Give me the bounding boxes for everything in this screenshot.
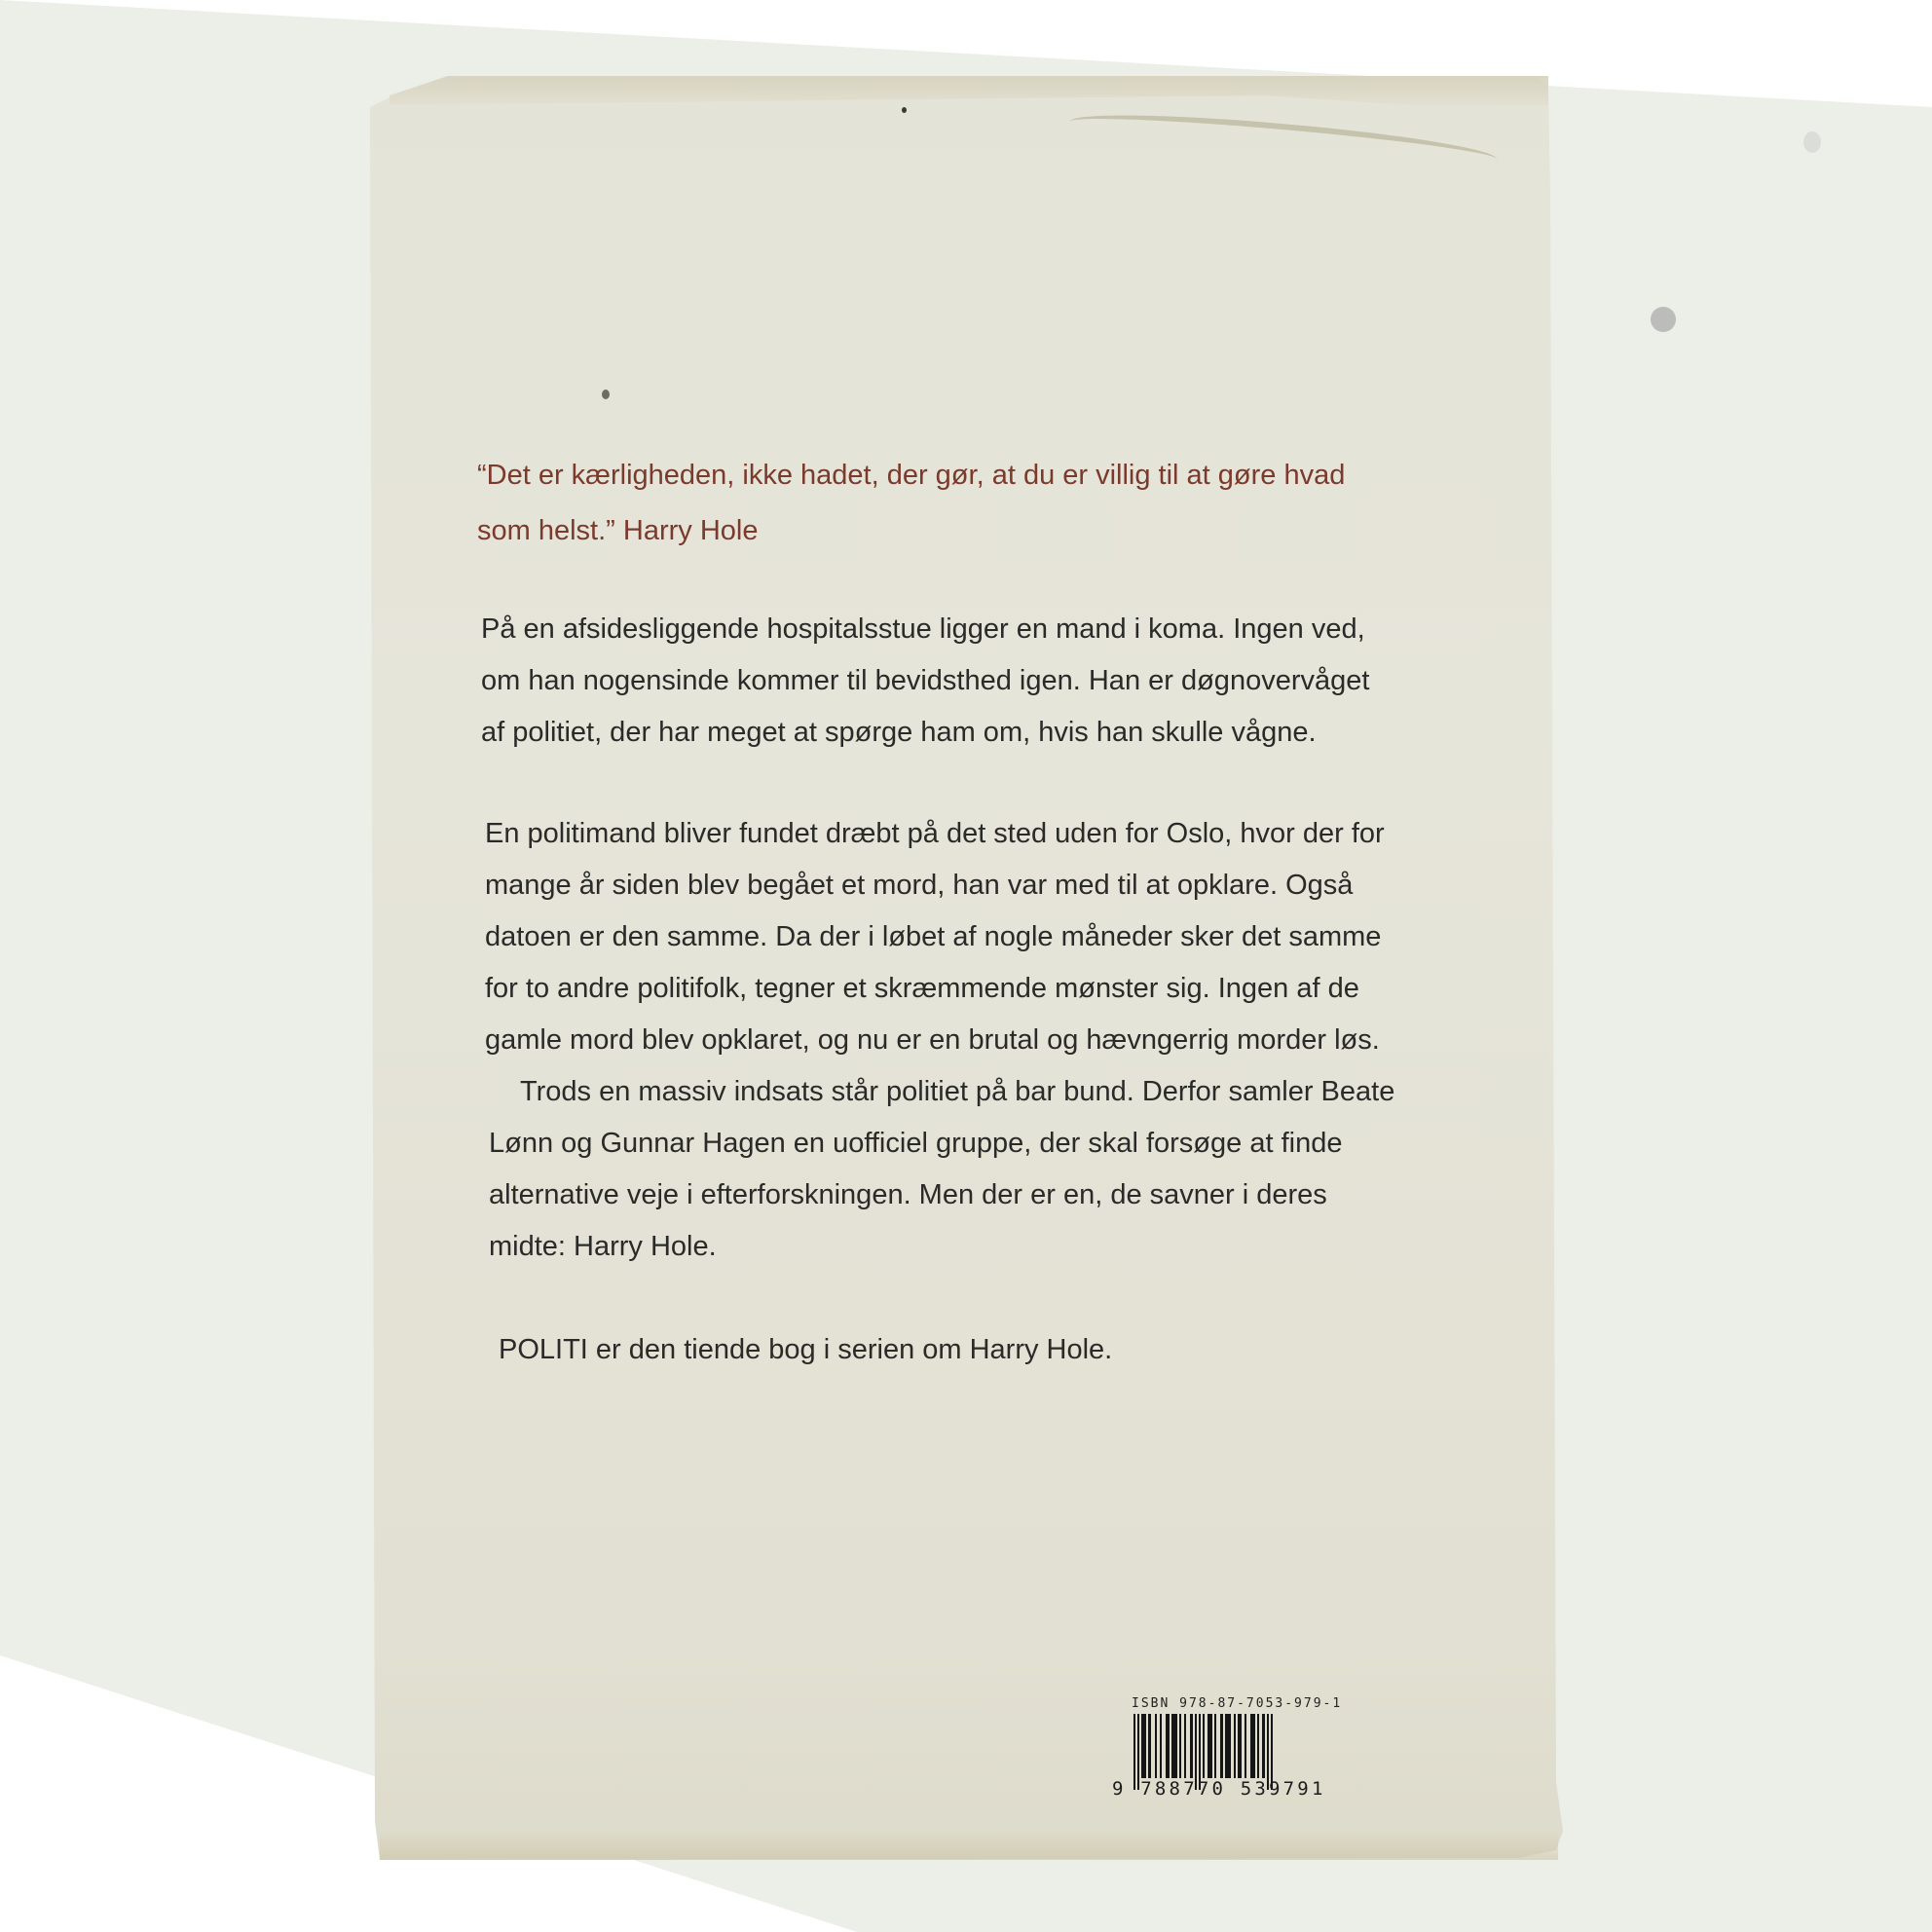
blurb-line: for to andre politifolk, tegner et skræm… <box>485 963 1459 1015</box>
blurb-paragraph-2: En politimand bliver fundet dræbt på det… <box>485 808 1459 1066</box>
blurb-line: På en afsidesliggende hospitalsstue ligg… <box>481 604 1455 655</box>
barcode-icon: ISBN 978-87-7053-979-1 9 788770 539791 <box>1112 1696 1351 1803</box>
quote-block: “Det er kærligheden, ikke hadet, der gør… <box>477 448 1461 559</box>
isbn-label: ISBN 978-87-7053-979-1 <box>1132 1696 1342 1711</box>
blurb-paragraph-1: På en afsidesliggende hospitalsstue ligg… <box>481 604 1455 759</box>
blurb-line: mange år siden blev begået et mord, han … <box>485 860 1459 911</box>
cover-speck <box>602 390 610 399</box>
blurb-paragraph-3: Trods en massiv indsats står politiet på… <box>489 1066 1463 1273</box>
series-note: POLITI er den tiende bog i serien om Har… <box>499 1324 1472 1376</box>
cover-speck <box>902 107 907 113</box>
blurb-line: om han nogensinde kommer til bevidsthed … <box>481 655 1455 707</box>
blurb-line: En politimand bliver fundet dræbt på det… <box>485 808 1459 860</box>
blurb-line: datoen er den samme. Da der i løbet af n… <box>485 911 1459 963</box>
blurb-line: alternative veje i efterforskningen. Men… <box>489 1170 1463 1221</box>
surface-mark <box>1651 307 1676 332</box>
quote-line: “Det er kærligheden, ikke hadet, der gør… <box>477 448 1461 503</box>
blurb-line: midte: Harry Hole. <box>489 1221 1463 1273</box>
quote-line: som helst.” Harry Hole <box>477 503 1461 559</box>
blurb-line: gamle mord blev opklaret, og nu er en br… <box>485 1015 1459 1066</box>
surface-mark <box>1803 131 1821 153</box>
blurb-line: af politiet, der har meget at spørge ham… <box>481 707 1455 759</box>
series-note-text: POLITI er den tiende bog i serien om Har… <box>499 1324 1472 1376</box>
blurb-line: Lønn og Gunnar Hagen en uofficiel gruppe… <box>489 1118 1463 1170</box>
book-bottom-edge <box>380 1831 1558 1860</box>
blurb-line: Trods en massiv indsats står politiet på… <box>489 1066 1463 1118</box>
barcode-digits: 9 788770 539791 <box>1112 1778 1326 1800</box>
